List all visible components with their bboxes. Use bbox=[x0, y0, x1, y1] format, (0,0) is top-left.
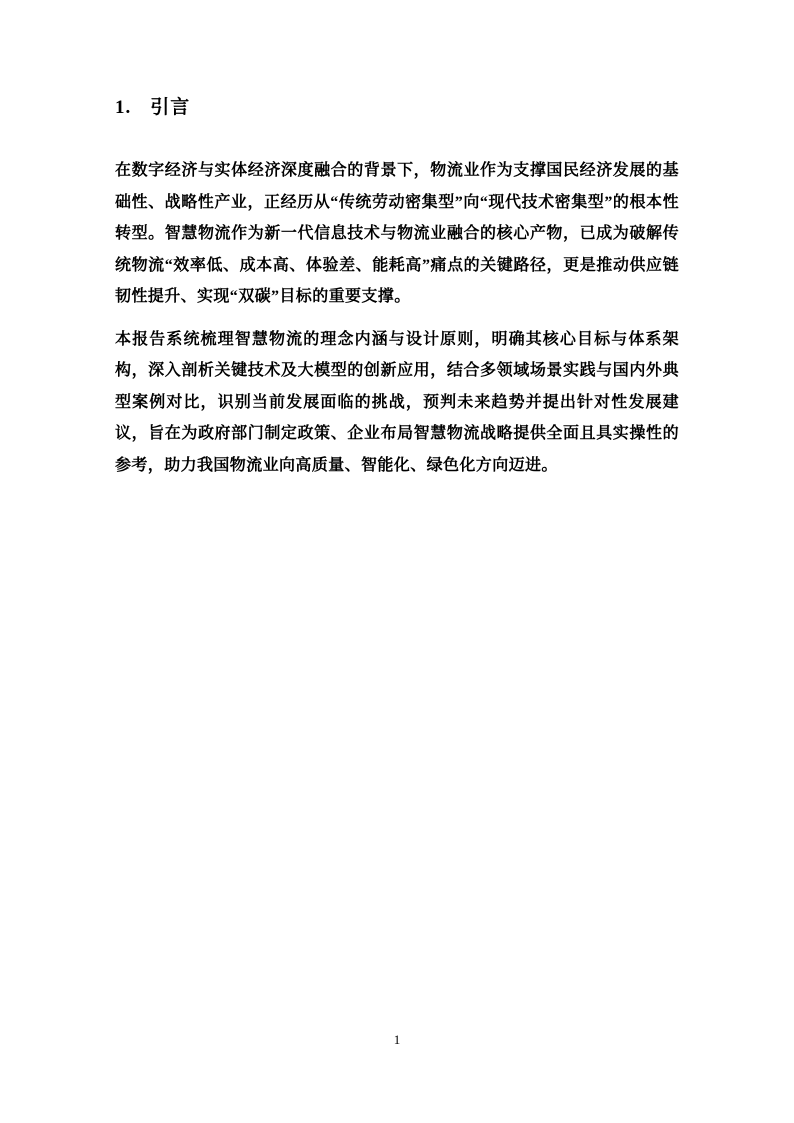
section-heading: 1.引言 bbox=[115, 0, 679, 120]
page-content: 1.引言 在数字经济与实体经济深度融合的背景下，物流业作为支撑国民经济发展的基础… bbox=[115, 0, 679, 481]
section-heading-text: 引言 bbox=[150, 96, 190, 120]
section-heading-number: 1. bbox=[115, 96, 131, 120]
body-paragraph: 本报告系统梳理智慧物流的理念内涵与设计原则，明确其核心目标与体系架构，深入剖析关… bbox=[115, 324, 679, 482]
document-page: 1.引言 在数字经济与实体经济深度融合的背景下，物流业作为支撑国民经济发展的基础… bbox=[0, 0, 794, 1123]
page-number: 1 bbox=[394, 1032, 401, 1047]
page-footer: 1 bbox=[0, 1031, 794, 1049]
body-paragraph: 在数字经济与实体经济深度融合的背景下，物流业作为支撑国民经济发展的基础性、战略性… bbox=[115, 155, 679, 313]
